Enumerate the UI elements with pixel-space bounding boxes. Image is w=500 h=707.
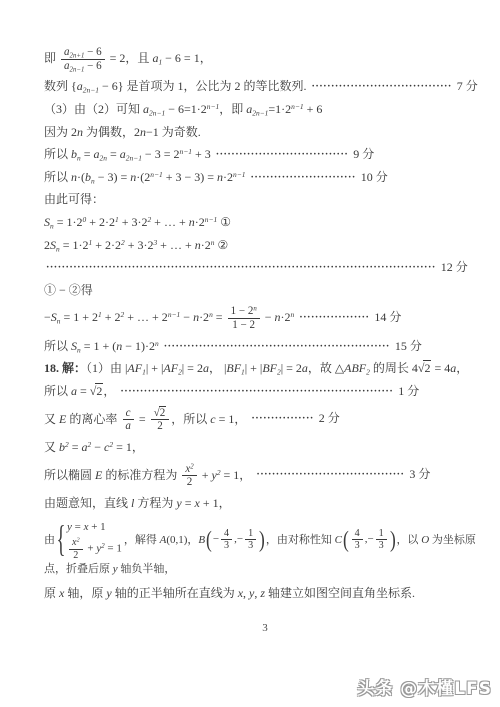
line-subtract: ① − ②得: [44, 283, 486, 299]
text: [159, 339, 162, 353]
superscript: n−1: [205, 215, 217, 224]
sqrt: 2: [159, 406, 167, 419]
fraction: √22: [151, 407, 170, 433]
line-therefore: 由此可得：: [44, 192, 486, 208]
fraction: 3: [245, 540, 256, 552]
line-n-bn: 所以 n·(bn − 3) = n·(2n−1 + 3 − 3) = n·2n−…: [44, 170, 486, 186]
text: + 3·2: [119, 215, 148, 229]
subscript: 2n−1: [83, 86, 99, 95]
dotted-leader: ··················: [299, 312, 369, 323]
line-sn-eq1: Sn = 1·20 + 2·21 + 3·22 + … + n·2n−1 ①: [44, 215, 486, 231]
score-label: 10 分: [361, 170, 388, 184]
text: 由此可得：: [44, 192, 104, 206]
fraction: x2: [69, 537, 83, 550]
text: + … +: [151, 215, 189, 229]
text: =: [69, 440, 82, 454]
line-2sn-eq2: 2Sn = 1·21 + 2·22 + 3·23 + … + n·2n ②: [44, 238, 486, 254]
text: = 1: [105, 543, 122, 555]
text: −: [44, 310, 51, 324]
text: 1: [248, 528, 253, 539]
text: =: [77, 384, 90, 398]
fraction: a2n+1 − 6a2n−1 − 6: [61, 46, 105, 72]
text: ·2: [281, 310, 291, 324]
equation-system: y = x + 1x22 + y2 = 1: [67, 519, 122, 562]
text: 3: [379, 540, 384, 551]
line-a-value: 所以 a = √2， ·····························…: [44, 384, 486, 400]
paren-group: (: [206, 530, 212, 550]
text: − 6 = 1，: [162, 51, 212, 65]
sqrt: √2: [90, 383, 104, 398]
text: − 6: [84, 60, 101, 72]
line-problem18: 18. 解：（1）由 |AF1| + |AF2| = 2a， |BF1| + |…: [44, 361, 486, 377]
line-recurrence-ratio: 即 a2n+1 − 6a2n−1 − 6 = 2，且 a1 − 6 = 1，: [44, 46, 486, 72]
text: 所以: [44, 170, 71, 184]
text: = 1，: [113, 440, 144, 454]
text: 轴负半轴，: [118, 563, 176, 575]
text: 2: [73, 550, 78, 561]
dotted-leader: ······································: [256, 469, 404, 480]
text: 所以: [44, 339, 71, 353]
document-body: 即 a2n+1 − 6a2n−1 − 6 = 2，且 a1 − 6 = 1，数列…: [44, 46, 486, 602]
text: 由: [44, 534, 55, 546]
superscript: 2: [190, 463, 193, 470]
math-var: ABF: [344, 361, 366, 375]
text: =: [72, 521, 84, 533]
subscript: 2n+1: [70, 52, 85, 59]
text: | + |: [245, 361, 263, 375]
text: 数列 {: [44, 79, 77, 93]
text: + 1，: [200, 496, 231, 510]
text: 4: [355, 528, 360, 539]
text: + 2·2: [86, 215, 115, 229]
text: 原: [44, 586, 59, 600]
fraction: x22: [182, 463, 196, 489]
text: ，: [103, 384, 118, 398]
text-bold: 18. 解：: [44, 361, 86, 375]
line-b-squared: 又 b2 = a2 − c2 = 1，: [44, 440, 486, 456]
line-line-l: 由题意知，直线 l 方程为 y = x + 1，: [44, 496, 486, 512]
fraction: ca: [122, 407, 134, 433]
text: + 6: [304, 102, 323, 116]
dotted-leader: ········································…: [164, 341, 390, 352]
math-var: C: [335, 534, 342, 546]
text: −: [213, 531, 219, 549]
text: =: [107, 147, 120, 161]
text: ,−: [234, 531, 243, 549]
fraction: c: [123, 407, 134, 421]
text: [294, 310, 297, 324]
fraction: 13: [376, 528, 387, 552]
fraction: x22: [69, 537, 83, 561]
text: ,−: [365, 531, 374, 549]
text: 所以: [44, 147, 71, 161]
text: = 1 + (: [81, 339, 117, 353]
text: ，以: [396, 534, 421, 546]
text: − 6=1·2: [165, 102, 207, 116]
text: =: [81, 147, 94, 161]
text: 为偶数，2: [83, 125, 140, 139]
math-var: B: [198, 534, 205, 546]
text: ·(2: [136, 170, 150, 184]
text: − 6} 是首项为 1，公比为 2 的等比数列.: [99, 79, 310, 93]
sqrt: √: [154, 407, 159, 419]
equation-system: {: [56, 525, 65, 555]
fraction: 1: [376, 528, 387, 541]
fraction: 3: [221, 540, 232, 552]
text: 3: [224, 540, 229, 551]
text: 所以: [44, 384, 71, 398]
superscript: 2: [76, 537, 79, 544]
dotted-leader: ····································: [311, 81, 451, 92]
score-label: 1 分: [398, 384, 419, 398]
text: ·(: [77, 170, 85, 184]
fraction: 13: [245, 528, 256, 552]
superscript: n−1: [233, 170, 245, 179]
text: =: [136, 411, 149, 425]
text: | = 2: [182, 361, 203, 375]
subscript: 2n−1: [126, 154, 142, 163]
line-parity: 因为 2n 为偶数，2n−1 为奇数.: [44, 125, 486, 141]
fraction: 1: [245, 528, 256, 541]
text: 1: [379, 528, 384, 539]
text: −: [91, 440, 104, 454]
fraction: 2: [70, 550, 81, 562]
subscript: 2n−1: [149, 109, 165, 118]
sqrt: √2: [418, 360, 432, 375]
fraction: √2: [151, 407, 170, 421]
text: ，由对称性知: [266, 534, 335, 546]
text: − 3) =: [95, 170, 131, 184]
math-var: AF: [127, 361, 142, 375]
text: ，所以: [171, 411, 210, 425]
line-ellipse-equation: 所以椭圆 E 的标准方程为 x22 + y2 = 1， ············…: [44, 463, 486, 489]
score-label: 2 分: [319, 411, 340, 425]
math-var: a: [125, 420, 131, 432]
dotted-leader: ···························: [251, 172, 356, 183]
paren-group: (−43,−13): [205, 528, 266, 552]
fraction: a2n−1 − 6: [61, 60, 105, 73]
text: （3）由（2）可知: [44, 102, 143, 116]
text: 所以椭圆: [44, 467, 95, 481]
watermark: 头条 @木槿LFS: [357, 674, 492, 699]
text: 轴的正半轴所在直线为: [112, 586, 238, 600]
fraction: 1 − 2: [229, 319, 258, 332]
superscript: n−1: [168, 310, 180, 319]
text: 即: [44, 51, 59, 65]
line-system-solve: 由{y = x + 1x22 + y2 = 1，解得 A(0,1)，B(−43,…: [44, 519, 486, 579]
text: = 4: [431, 361, 450, 375]
paren-group: −43,−13: [213, 528, 258, 552]
fraction: 43: [352, 528, 363, 552]
text: (0,1)，: [166, 534, 198, 546]
text: 方程为: [134, 496, 176, 510]
line-part3-formula: （3）由（2）可知 a2n−1 − 6=1·2n−1，即 a2n−1=1·2n−…: [44, 102, 486, 118]
paren-group: (: [343, 530, 349, 550]
subscript: 2n−1: [252, 109, 268, 118]
fraction: 2: [154, 420, 166, 433]
text: + … + 2: [124, 310, 168, 324]
math-var: BF: [226, 361, 241, 375]
text: =1·2: [268, 102, 291, 116]
text: = 1，: [216, 411, 250, 425]
text: 的离心率: [66, 411, 120, 425]
text: = 1·2: [54, 215, 83, 229]
text: 4: [224, 528, 229, 539]
text: =: [213, 310, 226, 324]
equation-system: x22 + y2 = 1: [67, 537, 122, 561]
fraction: a: [122, 420, 134, 433]
dotted-leader: ················: [251, 413, 313, 424]
text: = 2，且: [107, 51, 153, 65]
text: 3: [248, 540, 253, 551]
text: 因为 2: [44, 125, 77, 139]
text: + 3: [192, 147, 214, 161]
text: ·2: [199, 310, 209, 324]
text: 的标准方程为: [102, 467, 180, 481]
score-label: 15 分: [395, 339, 422, 353]
math-var: BF: [262, 361, 277, 375]
text: − 3 = 2: [142, 147, 180, 161]
line-bn-formula: 所以 bn = a2n = a2n−1 − 3 = 2n−1 + 3 ·····…: [44, 147, 486, 163]
equation-system: {y = x + 1x22 + y2 = 1: [57, 519, 122, 562]
math-var: O: [421, 534, 429, 546]
text: = 1，: [221, 467, 255, 481]
text: + 2: [102, 310, 121, 324]
fraction: 3: [352, 540, 363, 552]
text: − 1)·2: [122, 339, 155, 353]
text: 又: [44, 440, 59, 454]
text: 又: [44, 411, 59, 425]
text: ·2: [195, 215, 205, 229]
text: 1 − 2: [232, 319, 255, 331]
text: | + |: [146, 361, 164, 375]
text: − 6: [84, 46, 101, 58]
text: 2: [187, 476, 193, 488]
page-number: 3: [44, 622, 486, 634]
line-coordinate-system: 原 x 轴，原 y 轴的正半轴所在直线为 x, y, z 轴建立如图空间直角坐标…: [44, 586, 486, 602]
text: 的周长 4: [370, 361, 418, 375]
score-label: 14 分: [374, 310, 401, 324]
text: + 3 − 3) =: [163, 170, 217, 184]
fraction: 3: [376, 540, 387, 552]
dotted-leader: ········································…: [46, 262, 436, 273]
dotted-leader: ········································…: [120, 386, 393, 397]
text: ① − ②得: [44, 283, 93, 297]
subscript: 2n−1: [70, 66, 85, 73]
text: +: [199, 467, 212, 481]
text: ·2: [223, 170, 233, 184]
text: 1 − 2: [231, 305, 254, 317]
paren-group: 43,−13: [350, 528, 389, 552]
fraction: 2: [184, 476, 196, 489]
superscript: n−1: [179, 147, 191, 156]
text: ，: [456, 361, 468, 375]
text: ②: [214, 238, 228, 252]
fraction: 4: [352, 528, 363, 541]
text: + 3·2: [125, 238, 154, 252]
fraction: x2: [182, 463, 196, 477]
text: ，解得: [124, 534, 160, 546]
score-label: 12 分: [441, 260, 468, 274]
text: −1 为奇数.: [146, 125, 201, 139]
text: −: [262, 310, 275, 324]
line-sn-result: 所以 Sn = 1 + (n − 1)·2n ·················…: [44, 339, 486, 355]
equation-system: y = x + 1: [67, 519, 106, 537]
text: ①: [217, 215, 231, 229]
text: 由题意知，直线: [44, 496, 131, 510]
superscript: n−1: [150, 170, 162, 179]
text: ， |: [209, 361, 226, 375]
dotted-leader: ··································: [216, 149, 349, 160]
superscript: n−1: [207, 102, 219, 111]
text: +: [85, 543, 97, 555]
text: + 1: [88, 521, 105, 533]
text: = 1 + 2: [61, 310, 99, 324]
text: + … +: [157, 238, 195, 252]
score-label: 9 分: [353, 147, 374, 161]
text: 轴建立如图空间直角坐标系.: [265, 586, 415, 600]
superscript: n: [253, 306, 256, 313]
fraction: 1 − 2n: [228, 305, 260, 319]
line-neg-sn: −Sn = 1 + 21 + 22 + … + 2n−1 − n·2n = 1 …: [44, 305, 486, 331]
text: −: [180, 310, 193, 324]
fraction: 4: [221, 528, 232, 541]
subscript: 2n: [100, 154, 107, 163]
paren-group: ): [390, 530, 396, 550]
superscript: n−1: [291, 102, 303, 111]
text: + 2·2: [92, 238, 121, 252]
fraction: 1 − 2n1 − 2: [228, 305, 260, 331]
math-var: c: [126, 407, 131, 419]
line-score-12: ········································…: [44, 260, 486, 276]
text: =: [182, 496, 195, 510]
paren-group: (43,−13): [342, 528, 397, 552]
text: | = 2: [281, 361, 302, 375]
document-page: 即 a2n+1 − 6a2n−1 − 6 = 2，且 a1 − 6 = 1，数列…: [0, 0, 500, 707]
text: 3: [355, 540, 360, 551]
text: 轴，原: [64, 586, 106, 600]
text: 2: [157, 420, 163, 432]
text: （1）由 |: [86, 361, 127, 375]
text: ，即: [219, 102, 246, 116]
line-geometric-sequence: 数列 {a2n−1 − 6} 是首项为 1，公比为 2 的等比数列. ·····…: [44, 79, 486, 95]
paren-group: ): [259, 530, 265, 550]
line-eccentricity: 又 E 的离心率 ca = √22，所以 c = 1， ············…: [44, 407, 486, 433]
sqrt: √2: [154, 406, 167, 419]
text: ，故 △: [308, 361, 344, 375]
text: = 1·2: [60, 238, 89, 252]
fraction: 43: [221, 528, 232, 552]
text: [246, 170, 249, 184]
score-label: 7 分: [457, 79, 478, 93]
text: ·2: [201, 238, 211, 252]
score-label: 3 分: [409, 467, 430, 481]
math-var: AF: [163, 361, 178, 375]
fraction: a2n+1 − 6: [61, 46, 105, 60]
